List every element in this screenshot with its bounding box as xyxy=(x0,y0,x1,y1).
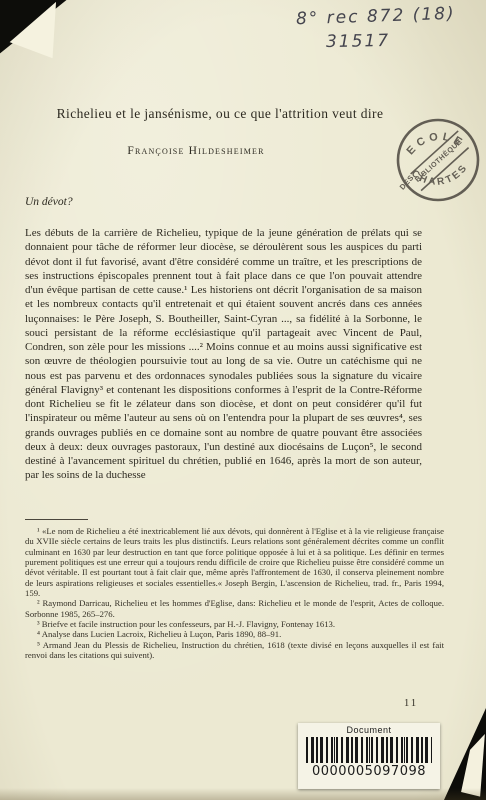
footnote-3: ³ Briefve et facile instruction pour les… xyxy=(25,619,444,629)
barcode-label-title: Document xyxy=(298,725,440,735)
section-heading: Un dévot? xyxy=(25,196,73,208)
handwritten-accession-number: 31517 xyxy=(326,30,446,52)
footnote-5: ⁵ Armand Jean du Plessis de Richelieu, I… xyxy=(25,640,444,661)
page-edge-shadow xyxy=(0,788,486,800)
library-stamp-icon: ECOLE CHARTES BIBLIOTHÈQUE DES xyxy=(382,104,486,217)
barcode-icon xyxy=(306,737,432,763)
barcode-number: 0000005097098 xyxy=(298,764,440,779)
page-number: 11 xyxy=(404,698,418,709)
footnote-divider xyxy=(25,519,88,520)
footnote-4: ⁴ Analyse dans Lucien Lacroix, Richelieu… xyxy=(25,629,444,639)
article-author: Françoise Hildesheimer xyxy=(18,145,374,157)
footnote-1: ¹ «Le nom de Richelieu a été inextricabl… xyxy=(25,526,444,598)
scanned-document-page: 8° rec 872 (18) 31517 Richelieu et le ja… xyxy=(0,0,486,800)
footnote-block: ¹ «Le nom de Richelieu a été inextricabl… xyxy=(25,526,444,660)
footnote-2: ² Raymond Darricau, Richelieu et les hom… xyxy=(25,598,444,619)
article-title: Richelieu et le jansénisme, ou ce que l'… xyxy=(18,106,422,122)
body-paragraph: Les débuts de la carrière de Richelieu, … xyxy=(25,226,422,483)
barcode-label: Document 0000005097098 xyxy=(298,723,440,789)
handwritten-shelfmark: 8° rec 872 (18) xyxy=(296,3,486,30)
